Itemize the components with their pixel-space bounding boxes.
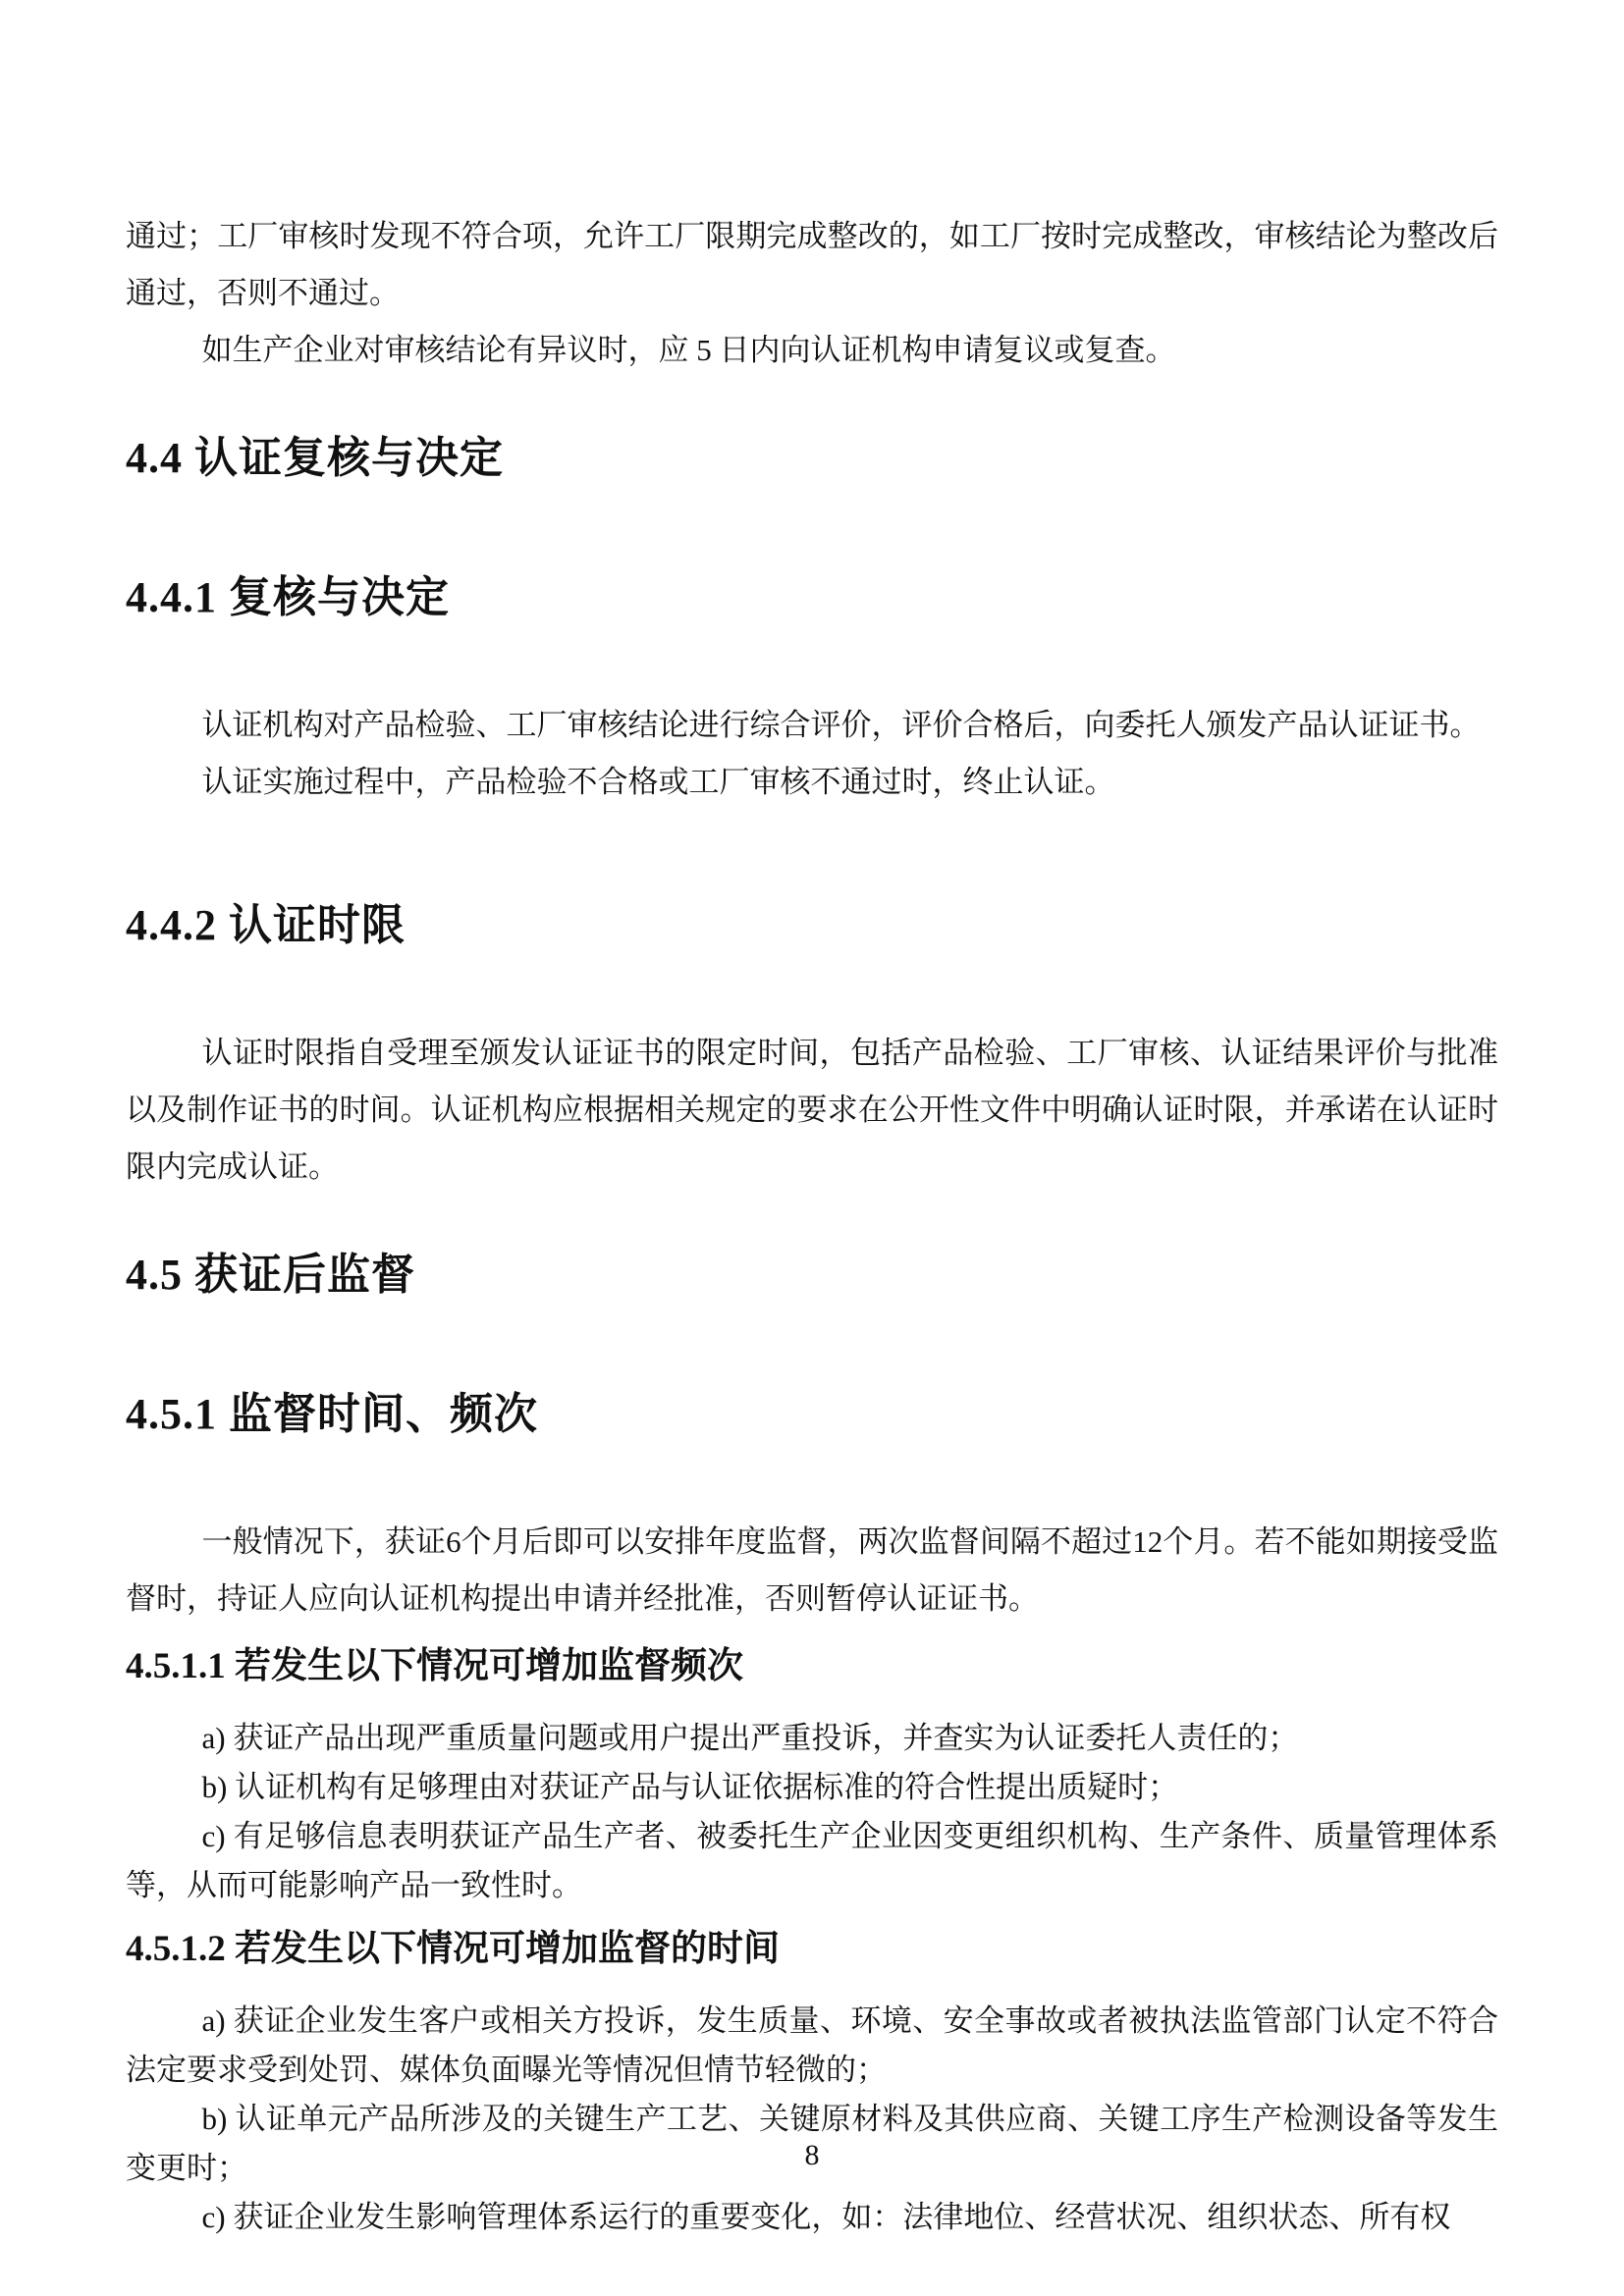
body-paragraph: 认证实施过程中，产品检验不合格或工厂审核不通过时，终止认证。 <box>126 754 1498 811</box>
subsection-heading: 4.4.2 认证时限 <box>126 901 1498 950</box>
list-item: b) 认证机构有足够理由对获证产品与认证依据标准的符合性提出质疑时； <box>126 1763 1498 1812</box>
body-paragraph: 认证机构对产品检验、工厂审核结论进行综合评价，评价合格后，向委托人颁发产品认证证… <box>126 697 1498 754</box>
clause-heading: 4.5.1.2 若发生以下情况可增加监督的时间 <box>126 1928 1498 1971</box>
section-heading: 4.5 获证后监督 <box>126 1251 1498 1300</box>
body-paragraph: 通过；工厂审核时发现不符合项，允许工厂限期完成整改的，如工厂按时完成整改，审核结… <box>126 208 1498 322</box>
list-item: c) 有足够信息表明获证产品生产者、被委托生产企业因变更组织机构、生产条件、质量… <box>126 1812 1498 1910</box>
document-body: 通过；工厂审核时发现不符合项，允许工厂限期完成整改的，如工厂按时完成整改，审核结… <box>126 208 1498 2242</box>
body-paragraph: 一般情况下，获证6个月后即可以安排年度监督，两次监督间隔不超过12个月。若不能如… <box>126 1514 1498 1628</box>
body-paragraph: 如生产企业对审核结论有异议时，应 5 日内向认证机构申请复议或复查。 <box>126 322 1498 379</box>
section-heading: 4.4 认证复核与决定 <box>126 434 1498 483</box>
list-item: a) 获证企业发生客户或相关方投诉，发生质量、环境、安全事故或者被执法监管部门认… <box>126 1997 1498 2095</box>
body-paragraph: 认证时限指自受理至颁发认证证书的限定时间，包括产品检验、工厂审核、认证结果评价与… <box>126 1025 1498 1196</box>
list-item: a) 获证产品出现严重质量问题或用户提出严重投诉，并查实为认证委托人责任的； <box>126 1714 1498 1763</box>
document-page: 通过；工厂审核时发现不符合项，允许工厂限期完成整改的，如工厂按时完成整改，审核结… <box>0 0 1624 2296</box>
subsection-heading: 4.5.1 监督时间、频次 <box>126 1390 1498 1439</box>
list-item: c) 获证企业发生影响管理体系运行的重要变化，如：法律地位、经营状况、组织状态、… <box>126 2193 1498 2242</box>
subsection-heading: 4.4.1 复核与决定 <box>126 573 1498 622</box>
clause-heading: 4.5.1.1 若发生以下情况可增加监督频次 <box>126 1645 1498 1688</box>
page-number: 8 <box>0 2140 1624 2171</box>
